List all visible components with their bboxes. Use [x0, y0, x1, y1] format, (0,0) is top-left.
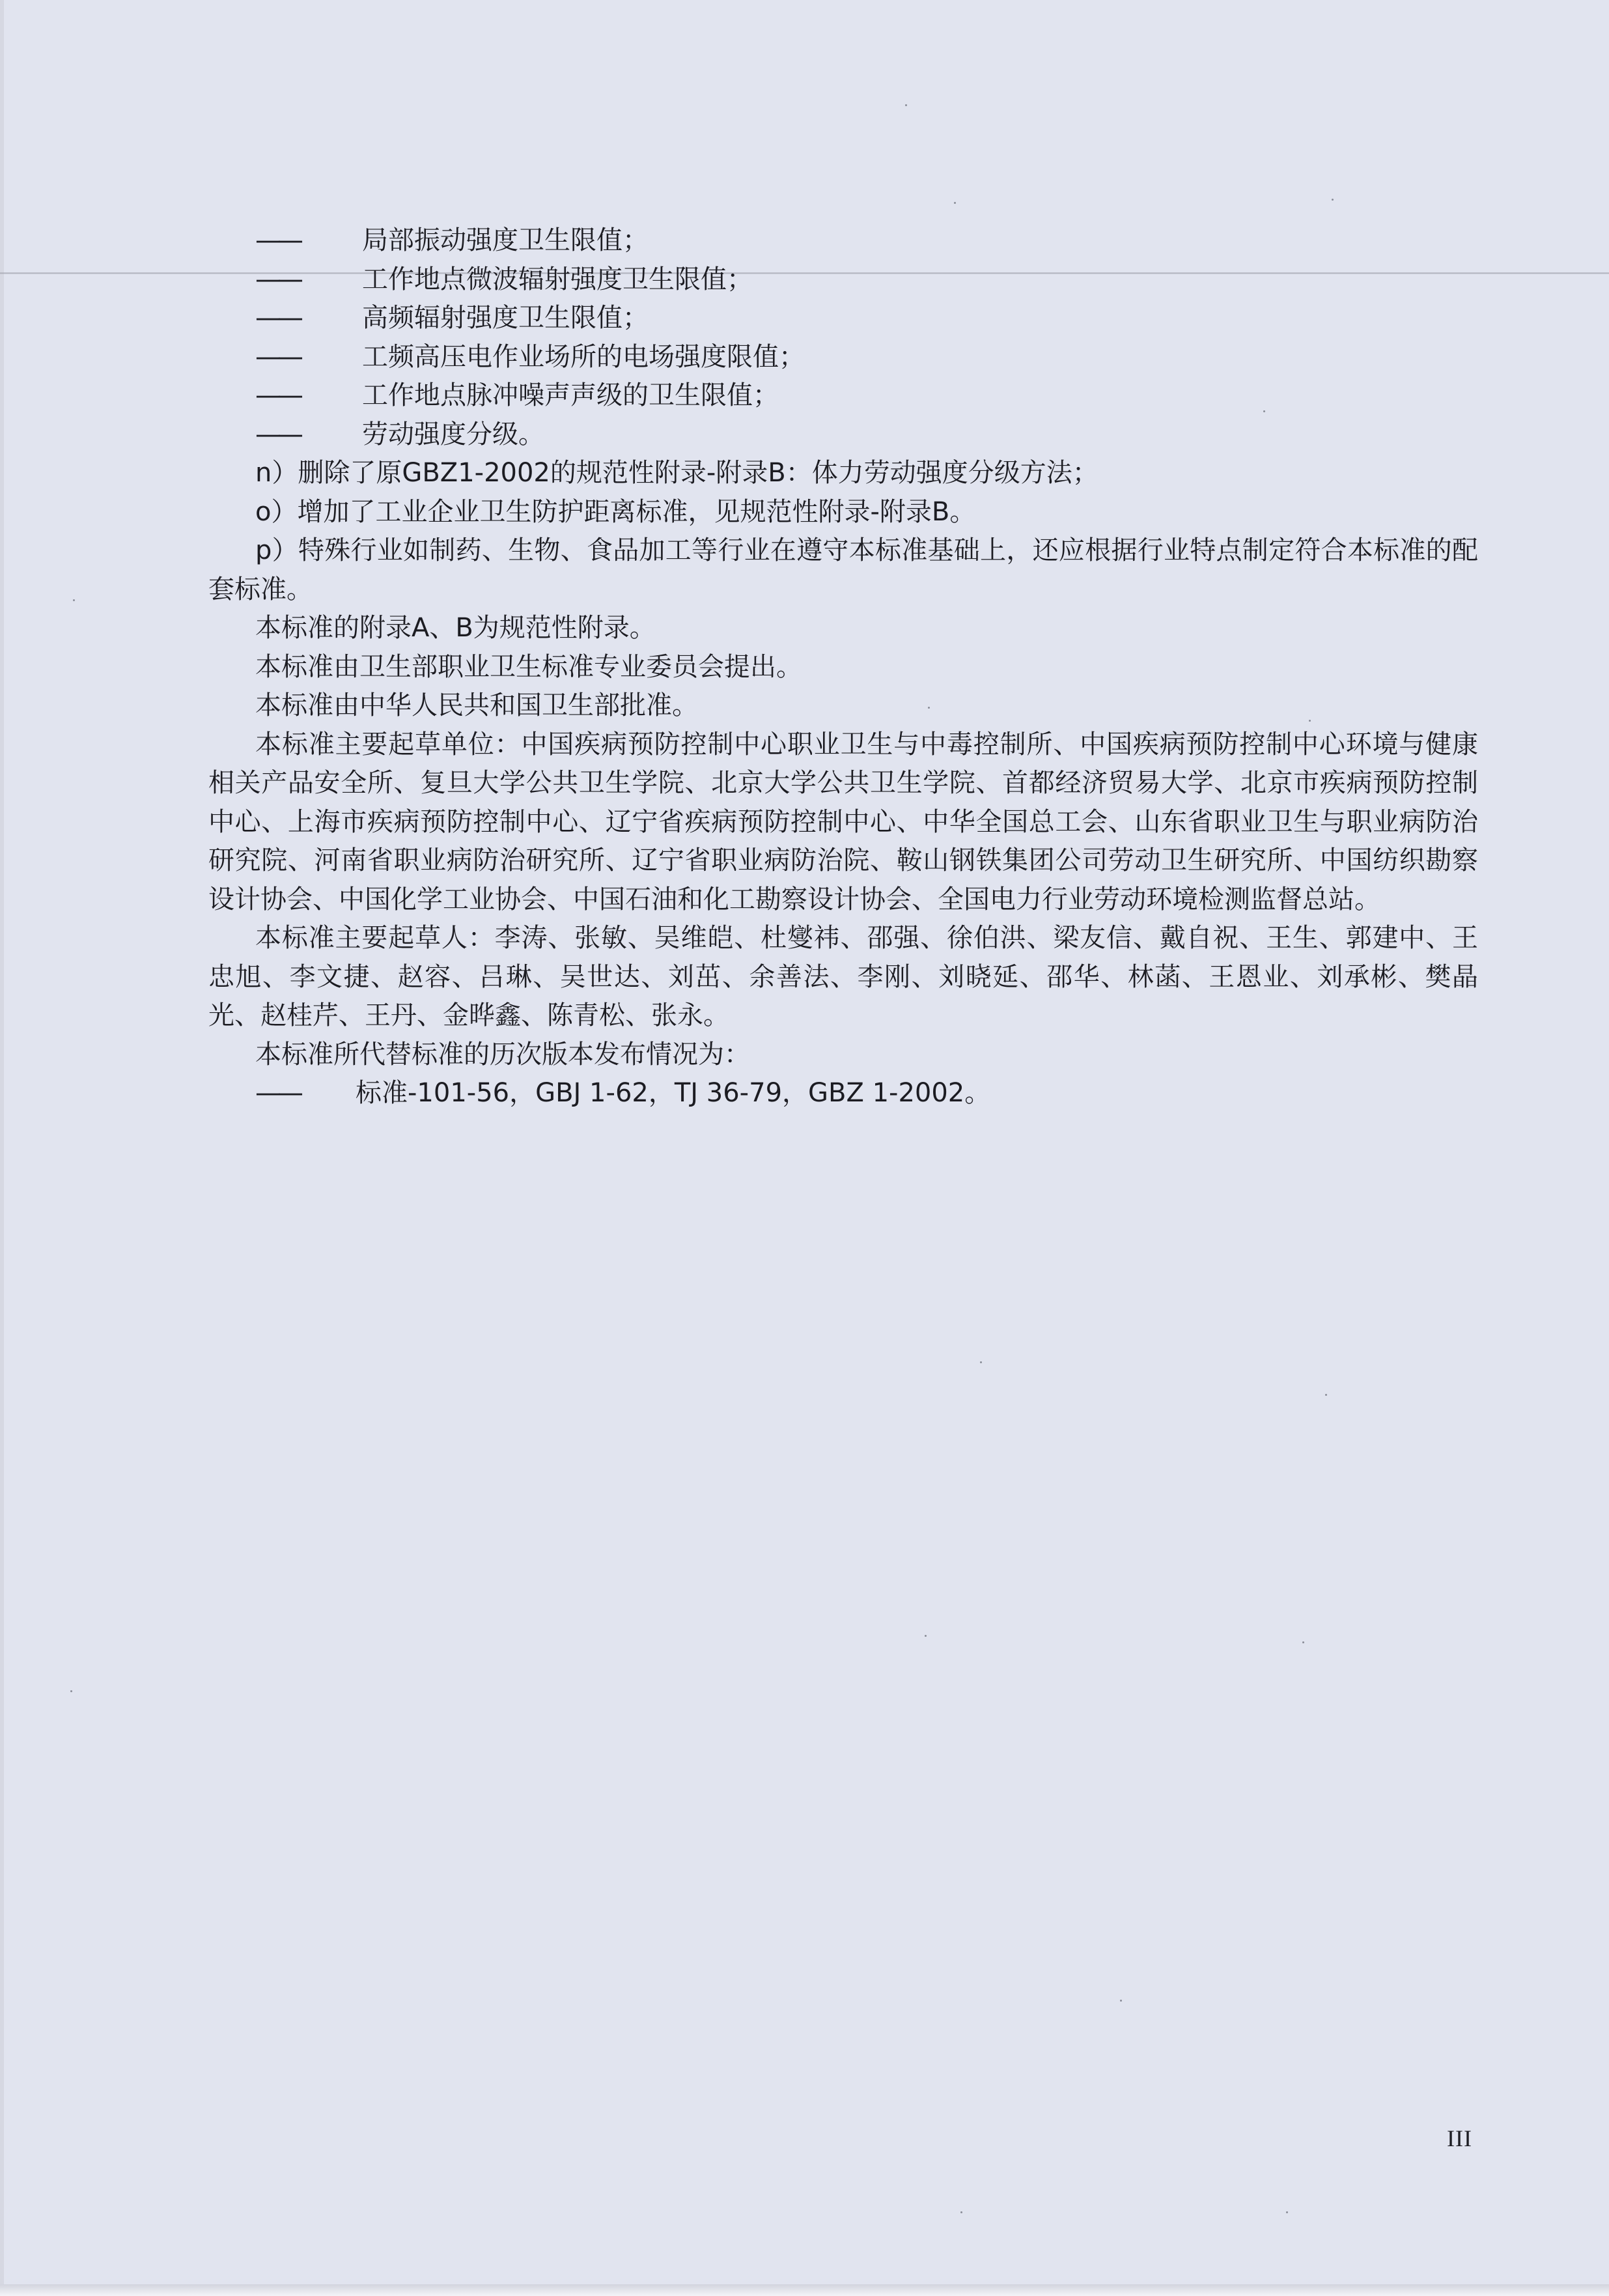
- drafting-units: 本标准主要起草单位：中国疾病预防控制中心职业卫生与中毒控制所、中国疾病预防控制中…: [208, 726, 1478, 920]
- dash-list-item: —— 工作地点微波辐射强度卫生限值；: [208, 261, 1478, 300]
- dash-bullet: ——: [255, 299, 327, 338]
- dash-list-item: —— 工频高压电作业场所的电场强度限值；: [208, 338, 1478, 377]
- change-item-n: n）删除了原GBZ1-2002的规范性附录-附录B：体力劳动强度分级方法；: [208, 454, 1478, 493]
- dash-bullet: ——: [255, 376, 327, 416]
- scan-speck: [980, 1361, 982, 1363]
- dash-list-item: —— 高频辐射强度卫生限值；: [208, 299, 1478, 338]
- scan-speck: [1286, 2211, 1288, 2213]
- scan-speck: [1325, 1394, 1327, 1396]
- history-list-item: —— 标准-101-56，GBJ 1-62，TJ 36-79，GBZ 1-200…: [208, 1074, 1478, 1113]
- scan-bottom-edge: [0, 2284, 1609, 2296]
- dash-list-item: —— 劳动强度分级。: [208, 416, 1478, 455]
- scan-speck: [1309, 720, 1311, 722]
- drafters: 本标准主要起草人：李涛、张敏、吴维皑、杜燮祎、邵强、徐伯洪、梁友信、戴自祝、王生…: [208, 919, 1478, 1036]
- change-item-o: o）增加了工业企业卫生防护距离标准，见规范性附录-附录B。: [208, 493, 1478, 532]
- scan-speck: [1302, 1641, 1304, 1643]
- page-number: III: [1447, 2125, 1472, 2152]
- scan-speck: [954, 202, 956, 204]
- scan-speck: [925, 1635, 927, 1637]
- change-item-p: p）特殊行业如制药、生物、食品加工等行业在遵守本标准基础上，还应根据行业特点制定…: [208, 531, 1478, 609]
- scan-left-edge: [0, 0, 4, 2296]
- dash-list-item: —— 工作地点脉冲噪声声级的卫生限值；: [208, 376, 1478, 416]
- dash-list-item: —— 局部振动强度卫生限值；: [208, 221, 1478, 261]
- scan-speck: [1263, 410, 1265, 412]
- scan-speck: [73, 599, 75, 601]
- scan-speck: [905, 104, 907, 106]
- dash-bullet: ——: [255, 261, 327, 300]
- scan-speck: [1332, 199, 1334, 201]
- approver-note: 本标准由中华人民共和国卫生部批准。: [208, 687, 1478, 726]
- dash-bullet: ——: [255, 221, 327, 261]
- scan-speck: [1120, 2000, 1122, 2002]
- scan-speck: [928, 707, 930, 709]
- dash-bullet: ——: [255, 338, 327, 377]
- scan-speck: [960, 2211, 962, 2213]
- document-body: —— 局部振动强度卫生限值； —— 工作地点微波辐射强度卫生限值； —— 高频辐…: [208, 221, 1478, 1113]
- scan-speck: [70, 1690, 72, 1692]
- proposer-note: 本标准由卫生部职业卫生标准专业委员会提出。: [208, 648, 1478, 687]
- appendix-note: 本标准的附录A、B为规范性附录。: [208, 609, 1478, 648]
- dash-bullet: ——: [255, 416, 327, 455]
- history-heading: 本标准所代替标准的历次版本发布情况为：: [208, 1036, 1478, 1075]
- dash-bullet: ——: [255, 1074, 327, 1113]
